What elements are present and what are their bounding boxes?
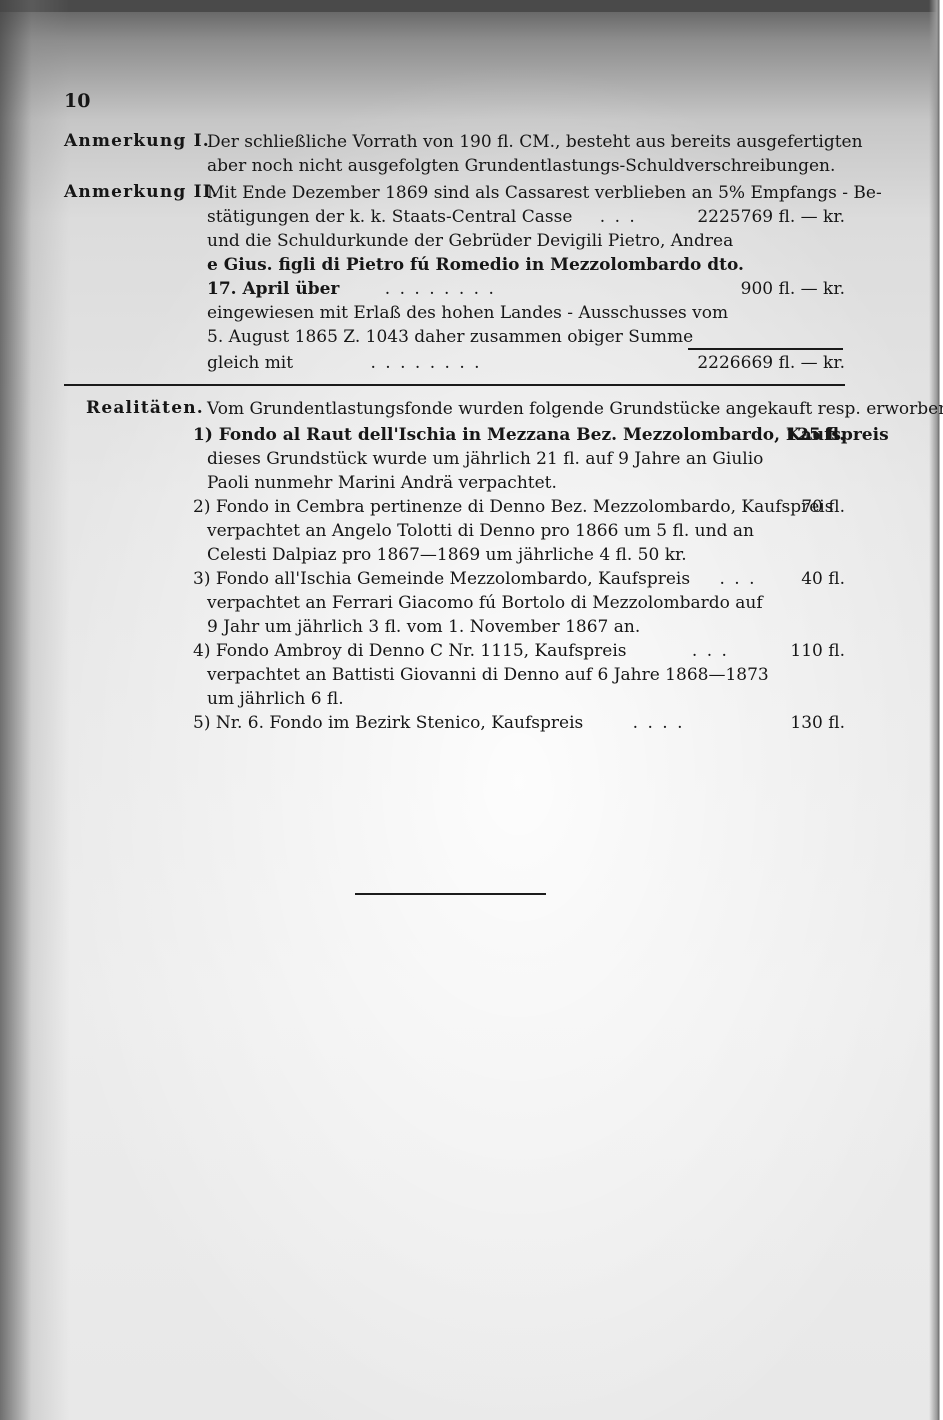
leader-dots: . . . . . . . . [385,279,496,299]
note-1-line-2: aber noch nicht ausgefolgten Grundentlas… [207,155,835,177]
property-item-5-title-text: 5) Nr. 6. Fondo im Bezirk Stenico, Kaufs… [193,713,583,733]
property-item-3-detail-2: 9 Jahr um jährlich 3 fl. vom 1. November… [207,616,640,638]
property-item-4-detail-1: verpachtet an Battisti Giovanni di Denno… [207,664,769,686]
total-amount: 2226669 fl. — kr. [697,352,845,374]
realities-label: Realitäten. [86,398,204,418]
property-item-3-title: 3) Fondo all'Ischia Gemeinde Mezzolombar… [193,568,757,590]
property-item-4-detail-2: um jährlich 6 fl. [207,688,344,710]
cassarest-amount: 2225769 fl. — kr. [697,206,845,228]
property-item-1-detail-2: Paoli nunmehr Marini Andrä verpachtet. [207,472,557,494]
property-item-1-price: 125 fl. [785,424,845,446]
note-1-line-1: Der schließliche Vorrath von 190 fl. CM.… [207,131,845,153]
property-item-1-detail-1: dieses Grundstück wurde um jährlich 21 f… [207,448,763,470]
note-2-line-6: eingewiesen mit Erlaß des hohen Landes -… [207,302,728,324]
realities-intro: Vom Grundentlastungsfonde wurden folgend… [207,398,943,420]
note-2-line-8: gleich mit . . . . . . . . [207,352,482,374]
note-2-line-8-text: gleich mit [207,353,293,373]
property-item-3-title-text: 3) Fondo all'Ischia Gemeinde Mezzolombar… [193,569,690,589]
note-1-line-1-text: Der schließliche Vorrath von 190 fl. CM.… [207,131,863,153]
property-item-4-title-text: 4) Fondo Ambroy di Denno C Nr. 1115, Kau… [193,641,626,661]
leader-dots: . . . [719,569,756,589]
property-item-5-title: 5) Nr. 6. Fondo im Bezirk Stenico, Kaufs… [193,712,684,734]
sum-rule [688,348,843,350]
property-item-4-title: 4) Fondo Ambroy di Denno C Nr. 1115, Kau… [193,640,729,662]
leader-dots: . . . . . . . . [371,353,482,373]
note-2-label: Anmerkung II. [64,182,219,202]
property-item-3-price: 40 fl. [801,568,845,590]
note-2-line-3: und die Schuldurkunde der Gebrüder Devig… [207,230,733,252]
property-item-4-price: 110 fl. [790,640,845,662]
scan-edge-top [0,0,943,12]
schuldurkunde-amount: 900 fl. — kr. [741,278,845,300]
end-rule [355,893,546,895]
section-divider [64,384,845,386]
scan-edge-right [929,0,943,1420]
note-2-line-1: Mit Ende Dezember 1869 sind als Cassares… [207,182,882,204]
property-item-2-detail-1: verpachtet an Angelo Tolotti di Denno pr… [207,520,754,542]
property-item-2-detail-2: Celesti Dalpiaz pro 1867—1869 um jährlic… [207,544,687,566]
property-item-2-title: 2) Fondo in Cembra pertinenze di Denno B… [193,496,833,518]
property-item-3-detail-1: verpachtet an Ferrari Giacomo fú Bortolo… [207,592,763,614]
note-2-line-4: e Gius. figli di Pietro fú Romedio in Me… [207,254,744,276]
scan-shadow-left [0,0,70,1420]
note-1-label: Anmerkung I. [64,131,210,151]
property-item-1-title: 1) Fondo al Raut dell'Ischia in Mezzana … [193,424,889,446]
leader-dots: . . . . [633,713,685,733]
note-2-line-7: 5. August 1865 Z. 1043 daher zusammen ob… [207,326,693,348]
property-item-2-price: 70 fl. [801,496,845,518]
note-2-line-5-text: 17. April über [207,279,339,299]
note-2-line-5: 17. April über . . . . . . . . [207,278,496,300]
note-2-line-2-text: stätigungen der k. k. Staats-Central Cas… [207,207,572,227]
property-item-5-price: 130 fl. [790,712,845,734]
note-2-line-2: stätigungen der k. k. Staats-Central Cas… [207,206,637,228]
leader-dots: . . . [600,207,637,227]
page-number: 10 [64,90,90,112]
leader-dots: . . . [692,641,729,661]
